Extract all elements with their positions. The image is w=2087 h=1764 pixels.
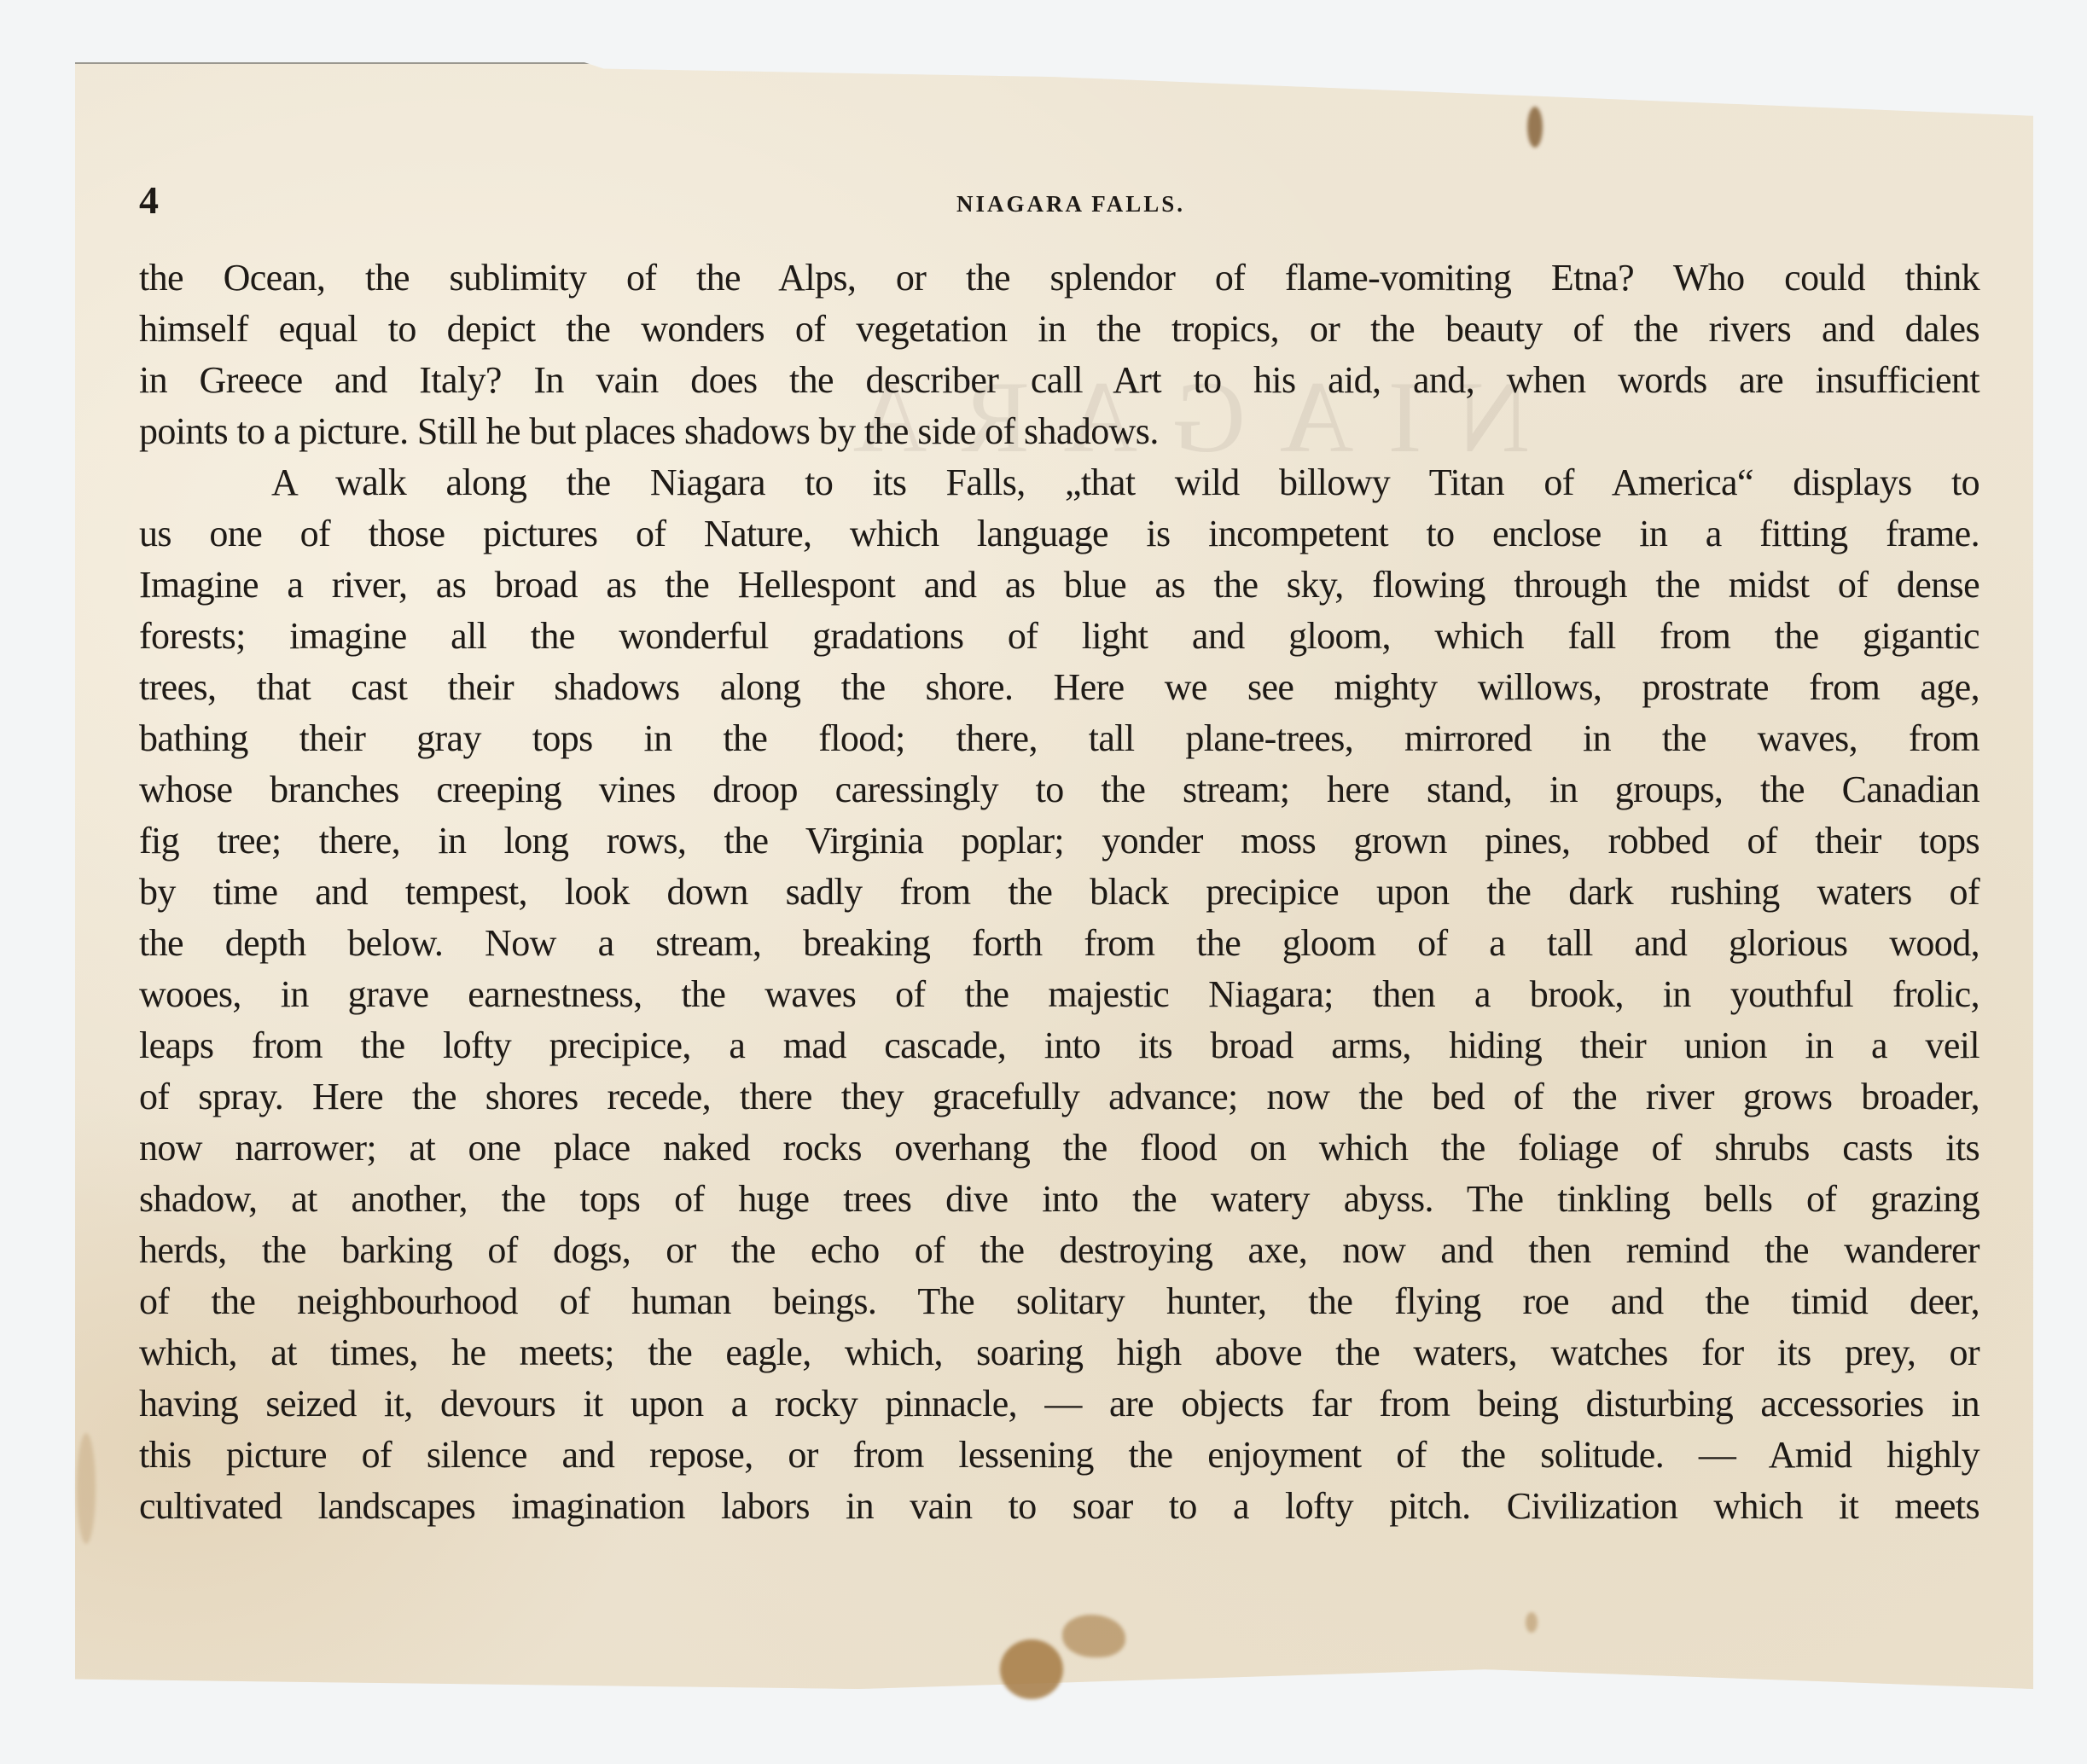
body-text: the Ocean, the sublimity of the Alps, or… <box>139 252 1979 1532</box>
text-line: fig tree; there, in long rows, the Virgi… <box>139 815 1979 867</box>
text-line: which, at times, he meets; the eagle, wh… <box>139 1327 1979 1378</box>
text-line: A walk along the Niagara to its Falls, „… <box>139 457 1979 508</box>
text-line: whose branches creeping vines droop care… <box>139 764 1979 815</box>
text-line: herds, the barking of dogs, or the echo … <box>139 1225 1979 1276</box>
text-line: wooes, in grave earnestness, the waves o… <box>139 969 1979 1020</box>
ink-stain <box>1527 107 1543 148</box>
text-line: cultivated landscapes imagination labors… <box>139 1481 1979 1532</box>
text-line: of spray. Here the shores recede, there … <box>139 1071 1979 1123</box>
text-line: bathing their gray tops in the flood; th… <box>139 713 1979 764</box>
page-number: 4 <box>139 181 159 220</box>
running-head: NIAGARA FALLS. <box>941 193 1200 216</box>
text-line: of the neighbourhood of human beings. Th… <box>139 1276 1979 1327</box>
foxing-stain <box>1000 1639 1063 1699</box>
text-line: points to a picture. Still he but places… <box>139 406 1979 457</box>
text-line: now narrower; at one place naked rocks o… <box>139 1123 1979 1174</box>
text-line: himself equal to depict the wonders of v… <box>139 304 1979 355</box>
text-line: in Greece and Italy? In vain does the de… <box>139 355 1979 406</box>
edge-discoloration <box>77 1433 96 1544</box>
text-line: by time and tempest, look down sadly fro… <box>139 867 1979 918</box>
foxing-stain <box>1062 1615 1125 1657</box>
text-line: trees, that cast their shadows along the… <box>139 662 1979 713</box>
text-line: leaps from the lofty precipice, a mad ca… <box>139 1020 1979 1071</box>
text-line: us one of those pictures of Nature, whic… <box>139 508 1979 560</box>
foxing-stain <box>1526 1612 1538 1633</box>
text-line: having seized it, devours it upon a rock… <box>139 1378 1979 1430</box>
text-line: this picture of silence and repose, or f… <box>139 1430 1979 1481</box>
text-line: forests; imagine all the wonderful grada… <box>139 611 1979 662</box>
text-line: the depth below. Now a stream, breaking … <box>139 918 1979 969</box>
text-line: Imagine a river, as broad as the Hellesp… <box>139 560 1979 611</box>
text-line: the Ocean, the sublimity of the Alps, or… <box>139 252 1979 304</box>
text-line: shadow, at another, the tops of huge tre… <box>139 1174 1979 1225</box>
